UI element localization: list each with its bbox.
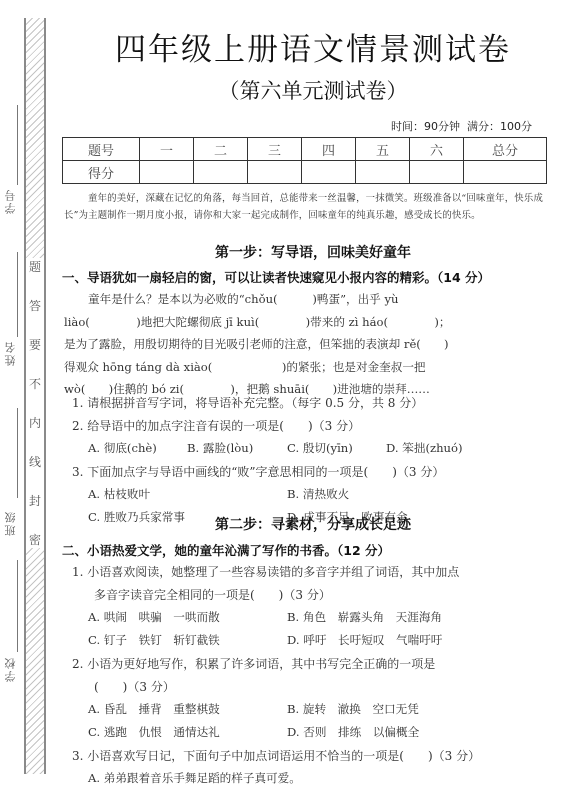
intro-paragraph: 童年的美好，深藏在记忆的角落，每当回首，总能带来一丝温馨，一抹微笑。班级准备以“… xyxy=(64,190,544,224)
score-header-cell: 三 xyxy=(248,138,302,161)
class-line[interactable] xyxy=(17,408,18,498)
passage-line: 是为了露脸，用殷切期待的目光吸引老师的注意，但笨拙的表演却 rě( ) xyxy=(64,333,548,356)
q1-3-option-b[interactable]: B. 清热败火 xyxy=(287,486,349,502)
score-cell[interactable] xyxy=(194,161,248,184)
binding-margin: 题 答 要 不 内 线 封 密 学号 姓名 班级 学校 xyxy=(0,0,62,800)
exam-subtitle: （第六单元测试卷） xyxy=(60,75,566,105)
seal-char: 内 xyxy=(29,414,41,431)
name-line[interactable] xyxy=(17,252,18,337)
seal-char: 答 xyxy=(29,297,41,314)
q1-3: 3. 下面加点字与导语中画线的“败”字意思相同的一项是( )（3 分） xyxy=(72,463,444,480)
q2-1-option-c[interactable]: C. 钉子 铁钉 斩钉截铁 xyxy=(88,632,220,648)
q2-1-option-b[interactable]: B. 角色 崭露头角 天涯海角 xyxy=(287,609,442,625)
q2-1-option-d[interactable]: D. 呼吁 长吁短叹 气喘吁吁 xyxy=(287,632,442,648)
section2-title: 二、小语热爱文学，她的童年沁满了写作的书香。（12 分） xyxy=(62,541,390,559)
score-header-cell: 二 xyxy=(194,138,248,161)
q2-1-line1: 1. 小语喜欢阅读，她整理了一些容易读错的多音字并组了词语，其中加点 xyxy=(72,563,459,580)
q1-2-option-b[interactable]: B. 露脸(lòu) xyxy=(187,440,253,456)
q2-3-option-a[interactable]: A. 弟弟跟着音乐手舞足蹈的样子真可爱。 xyxy=(88,770,301,786)
q2-2-option-c[interactable]: C. 逃跑 仇恨 通情达礼 xyxy=(88,724,220,740)
exam-meta: 时间：90分钟 满分：100分 xyxy=(391,118,532,134)
student-no-line[interactable] xyxy=(17,105,18,185)
q2-3: 3. 小语喜欢写日记，下面句子中加点词语运用不恰当的一项是( )（3 分） xyxy=(72,747,480,764)
seal-char: 线 xyxy=(29,453,41,470)
score-header-cell: 题号 xyxy=(63,138,140,161)
full-score: 满分：100分 xyxy=(467,120,532,133)
seal-char: 封 xyxy=(29,492,41,509)
q2-2-option-b[interactable]: B. 旋转 澈换 空口无凭 xyxy=(287,701,419,717)
q2-2-line2: ( )（3 分） xyxy=(94,678,175,695)
score-cell[interactable] xyxy=(356,161,410,184)
score-header-cell: 五 xyxy=(356,138,410,161)
seal-char: 不 xyxy=(29,375,41,392)
passage: 童年是什么？是本以为必败的“chǒu( )鸭蛋”，出乎 yù liào( )地把… xyxy=(64,288,548,401)
step2-heading: 第二步：寻素材，分享成长足迹 xyxy=(60,514,566,534)
score-header-cell: 四 xyxy=(302,138,356,161)
score-cell[interactable] xyxy=(302,161,356,184)
q1-1: 1. 请根据拼音写字词，将导语补充完整。（每字 0.5 分，共 8 分） xyxy=(72,394,423,411)
section1-title: 一、导语犹如一扇轻启的窗，可以让读者快速窥见小报内容的精彩。（14 分） xyxy=(62,268,490,286)
score-cell[interactable] xyxy=(410,161,464,184)
q2-1-option-a[interactable]: A. 哄闹 哄骗 一哄而散 xyxy=(88,609,220,625)
score-header-cell: 六 xyxy=(410,138,464,161)
seal-char: 要 xyxy=(29,336,41,353)
seal-char: 密 xyxy=(29,531,41,548)
score-cell[interactable] xyxy=(464,161,547,184)
score-cell[interactable] xyxy=(140,161,194,184)
student-no-label: 学号 xyxy=(3,188,19,214)
margin-rail-right xyxy=(44,18,46,774)
time-limit: 时间：90分钟 xyxy=(391,120,460,133)
class-label: 班级 xyxy=(3,510,19,536)
q1-2-option-c[interactable]: C. 殷切(yīn) xyxy=(287,440,353,456)
q2-2-line1: 2. 小语为更好地写作，积累了许多词语，其中书写完全正确的一项是 xyxy=(72,655,435,672)
step1-heading: 第一步：写导语，回味美好童年 xyxy=(60,242,566,262)
passage-line: liào( )地把大陀螺彻底 jī kuì( )带来的 zì háo( )； xyxy=(64,311,548,334)
q2-1-line2: 多音字读音完全相同的一项是( )（3 分） xyxy=(94,586,331,603)
passage-line: 得观众 hōng táng dà xiào( )的紧张；也是对金奎叔一把 xyxy=(64,356,548,379)
passage-line: 童年是什么？是本以为必败的“chǒu( )鸭蛋”，出乎 yù xyxy=(64,288,548,311)
score-table-header-row: 题号 一 二 三 四 五 六 总分 xyxy=(63,138,547,161)
score-header-cell: 总分 xyxy=(464,138,547,161)
school-line[interactable] xyxy=(17,560,18,652)
q1-3-option-a[interactable]: A. 枯枝败叶 xyxy=(88,486,150,502)
score-cell[interactable] xyxy=(248,161,302,184)
q1-2-option-d[interactable]: D. 笨拙(zhuó) xyxy=(386,440,463,456)
q1-2: 2. 给导语中的加点字注音有误的一项是( )（3 分） xyxy=(72,417,360,434)
seal-line-text: 题 答 要 不 内 线 封 密 xyxy=(26,258,44,548)
score-table-score-row: 得分 xyxy=(63,161,547,184)
name-label: 姓名 xyxy=(3,340,19,366)
q1-2-option-a[interactable]: A. 彻底(chè) xyxy=(88,440,157,456)
seal-char: 题 xyxy=(29,258,41,275)
exam-title: 四年级上册语文情景测试卷 xyxy=(60,24,566,69)
score-row-label: 得分 xyxy=(63,161,140,184)
q2-2-option-d[interactable]: D. 否则 排练 以偏概全 xyxy=(287,724,419,740)
score-table: 题号 一 二 三 四 五 六 总分 得分 xyxy=(62,137,547,184)
score-header-cell: 一 xyxy=(140,138,194,161)
q2-2-option-a[interactable]: A. 昏乱 捶背 重整棋鼓 xyxy=(88,701,220,717)
school-label: 学校 xyxy=(3,656,19,682)
